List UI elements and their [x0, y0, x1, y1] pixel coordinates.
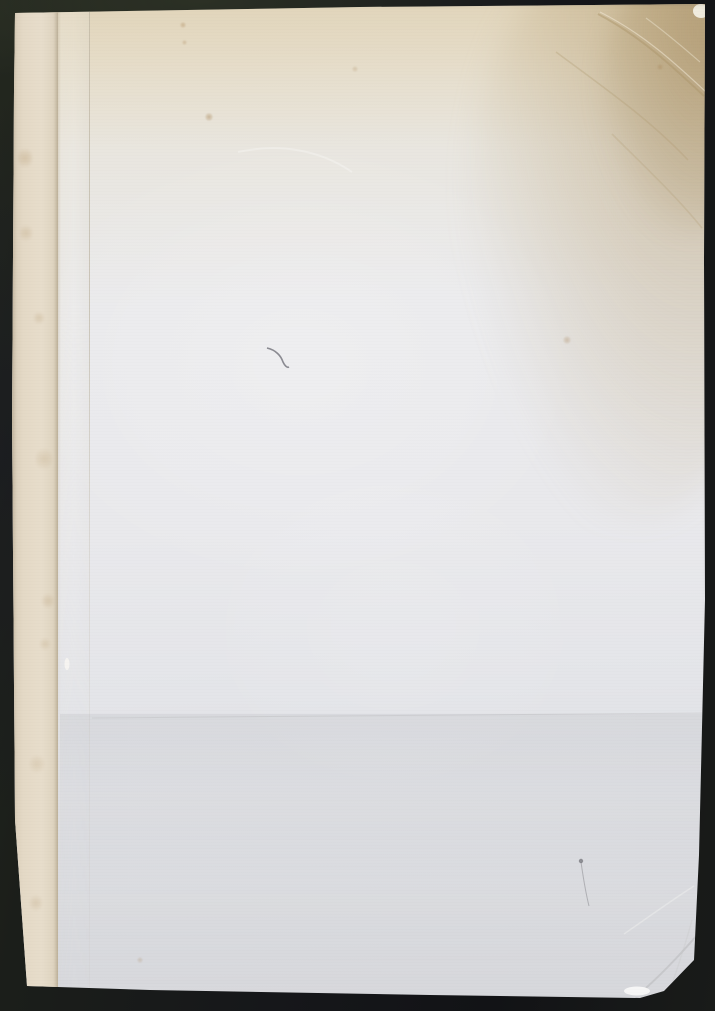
booklet-cover [0, 0, 715, 1011]
photo-backdrop [0, 0, 715, 1011]
edge-shadow-vignette [0, 0, 715, 1011]
